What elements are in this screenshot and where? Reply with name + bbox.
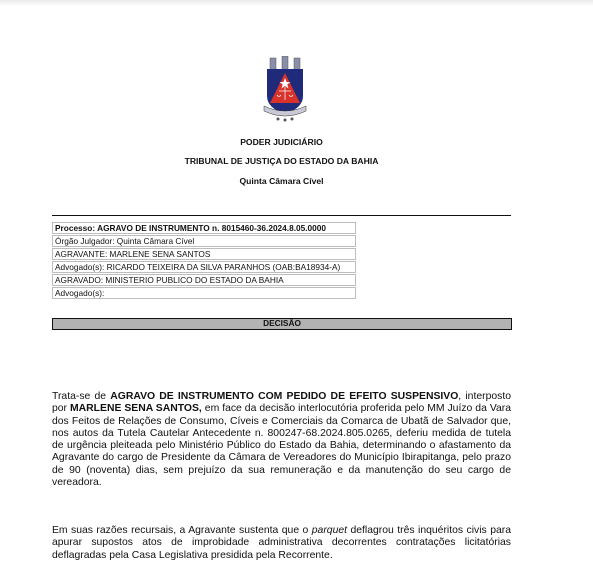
table-row: Processo: AGRAVO DE INSTRUMENTO n. 80154…	[52, 222, 356, 234]
top-shadow	[0, 0, 593, 6]
italic-text: parquet	[312, 525, 347, 536]
appellee-cell: AGRAVADO: MINISTERIO PUBLICO DO ESTADO D…	[52, 274, 356, 286]
bold-text: AGRAVO DE INSTRUMENTO COM PEDIDO DE EFEI…	[110, 391, 458, 402]
bold-text: MARLENE SENA SANTOS,	[70, 403, 202, 414]
header-chamber: Quinta Câmara Cível	[0, 176, 563, 186]
process-info-table: Processo: AGRAVO DE INSTRUMENTO n. 80154…	[52, 221, 356, 300]
table-row: Advogado(s):	[52, 287, 356, 299]
text: Trata-se de	[52, 391, 110, 402]
appellee-lawyer-cell: Advogado(s):	[52, 287, 356, 299]
table-row: Advogado(s): RICARDO TEIXEIRA DA SILVA P…	[52, 261, 356, 273]
process-number-cell: Processo: AGRAVO DE INSTRUMENTO n. 80154…	[52, 222, 356, 234]
judging-body-cell: Órgão Julgador: Quinta Câmara Cível	[52, 235, 356, 247]
coat-of-arms-icon	[262, 56, 308, 122]
paragraph-1: Trata-se de AGRAVO DE INSTRUMENTO COM PE…	[52, 391, 511, 489]
section-title-decision: DECISÃO	[52, 318, 512, 330]
appellant-cell: AGRAVANTE: MARLENE SENA SANTOS	[52, 248, 356, 260]
text: em face da decisão interlocutória profer…	[52, 403, 511, 488]
table-row: AGRAVADO: MINISTERIO PUBLICO DO ESTADO D…	[52, 274, 356, 286]
header-court: TRIBUNAL DE JUSTIÇA DO ESTADO DA BAHIA	[0, 156, 563, 166]
paragraph-2: Em suas razões recursais, a Agravante su…	[52, 525, 511, 562]
horizontal-rule	[52, 215, 511, 216]
table-row: AGRAVANTE: MARLENE SENA SANTOS	[52, 248, 356, 260]
header-power: PODER JUDICIÁRIO	[0, 137, 563, 147]
appellant-lawyer-cell: Advogado(s): RICARDO TEIXEIRA DA SILVA P…	[52, 261, 356, 273]
text: Em suas razões recursais, a Agravante su…	[52, 525, 312, 536]
table-row: Órgão Julgador: Quinta Câmara Cível	[52, 235, 356, 247]
